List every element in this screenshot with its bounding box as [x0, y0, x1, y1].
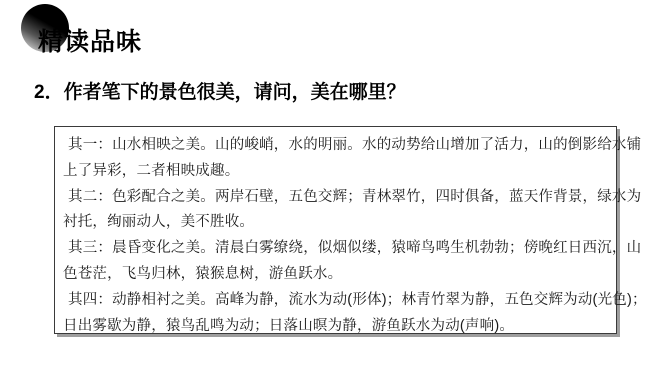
answer-line-4: 衬托，绚丽动人，美不胜收。 — [63, 210, 608, 236]
answer-line-5: 其三：晨昏变化之美。清晨白雾缭绕，似烟似缕，猿啼鸟鸣生机勃勃；傍晚红日西沉，山 — [63, 236, 608, 262]
answer-line-8: 日出雾歇为静，猿鸟乱鸣为动；日落山暝为静，游鱼跃水为动(声响)。 — [63, 314, 608, 340]
question-text: 2．作者笔下的景色很美，请问，美在哪里？ — [34, 77, 406, 104]
slide-section-title: 精读品味 — [38, 22, 142, 58]
answer-line-3: 其二：色彩配合之美。两岸石壁，五色交辉；青林翠竹，四时俱备，蓝天作背景，绿水为 — [63, 185, 608, 211]
answer-line-1: 其一：山水相映之美。山的峻峭，水的明丽。水的动势给山增加了活力，山的倒影给水铺 — [63, 133, 608, 159]
answer-box: 其一：山水相映之美。山的峻峭，水的明丽。水的动势给山增加了活力，山的倒影给水铺 … — [54, 126, 617, 334]
presentation-slide: 精读品味 2．作者笔下的景色很美，请问，美在哪里？ 其一：山水相映之美。山的峻峭… — [0, 0, 668, 376]
answer-line-7: 其四：动静相衬之美。高峰为静，流水为动(形体)；林青竹翠为静，五色交辉为动(光色… — [63, 288, 608, 314]
answer-line-6: 色苍茫，飞鸟归林，猿猴息树，游鱼跃水。 — [63, 262, 608, 288]
answer-line-2: 上了异彩，二者相映成趣。 — [63, 159, 608, 185]
